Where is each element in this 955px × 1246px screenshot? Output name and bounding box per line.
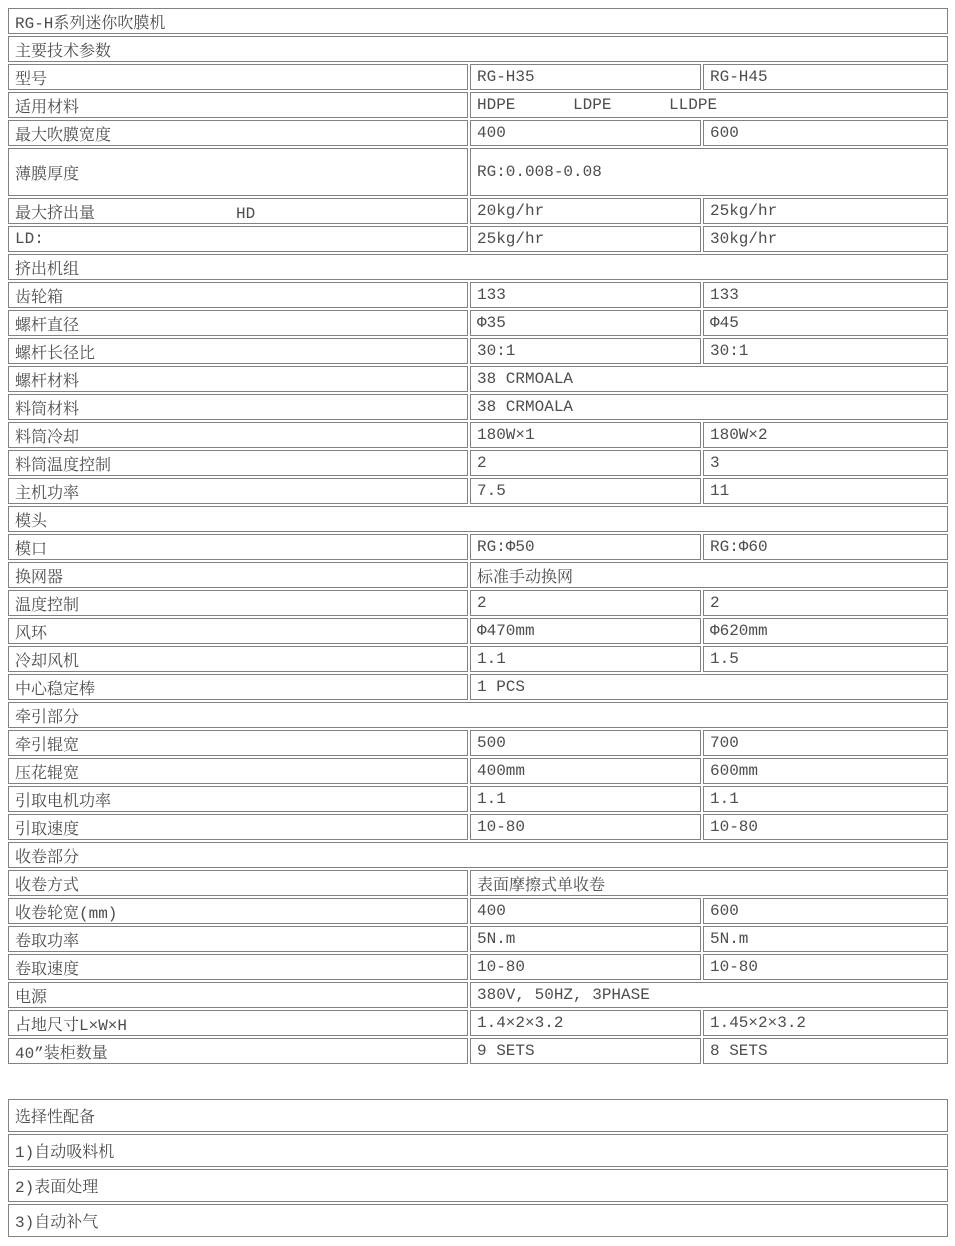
spec-row: 中心稳定棒1 PCS xyxy=(8,674,948,700)
option-row: 1)自动吸料机 xyxy=(8,1134,948,1167)
spec-value-cell: 8 SETS xyxy=(703,1038,948,1064)
spec-label-cell: 型号 xyxy=(8,64,468,90)
spec-value-cell: Φ620mm xyxy=(703,618,948,644)
spec-table-body: RG-H系列迷你吹膜机 主要技术参数 型号RG-H35RG-H45适用材料HDP… xyxy=(8,8,948,1064)
spec-label-cell: 占地尺寸L×W×H xyxy=(8,1010,468,1036)
spec-label-cell: 压花辊宽 xyxy=(8,758,468,784)
spec-value-cell: 600 xyxy=(703,898,948,924)
spec-row: 收卷方式表面摩擦式单收卷 xyxy=(8,870,948,896)
spec-value-cell: 400 xyxy=(470,120,701,146)
spec-label-cell: 中心稳定棒 xyxy=(8,674,468,700)
spec-label-cell: 料筒冷却 xyxy=(8,422,468,448)
spec-value-cell: 30:1 xyxy=(703,338,948,364)
spec-label-cell: 牵引辊宽 xyxy=(8,730,468,756)
spec-value-cell: 38 CRMOALA xyxy=(470,366,948,392)
spec-label-cell: 卷取功率 xyxy=(8,926,468,952)
spec-label-cell: 40”装柜数量 xyxy=(8,1038,468,1064)
spec-value-cell: 600mm xyxy=(703,758,948,784)
spec-value-cell: 2 xyxy=(470,590,701,616)
spec-value-cell: 1.5 xyxy=(703,646,948,672)
spec-row: 40”装柜数量9 SETS8 SETS xyxy=(8,1038,948,1064)
spec-label-cell: 换网器 xyxy=(8,562,468,588)
spec-row: 料筒冷却180W×1180W×2 xyxy=(8,422,948,448)
spec-row: 螺杆长径比30:130:1 xyxy=(8,338,948,364)
spec-value-cell: 表面摩擦式单收卷 xyxy=(470,870,948,896)
options-table: 选择性配备 1)自动吸料机2)表面处理3)自动补气 xyxy=(6,1097,950,1239)
spec-value-cell: 9 SETS xyxy=(470,1038,701,1064)
spec-value-cell: 1.4×2×3.2 xyxy=(470,1010,701,1036)
spec-label-cell: 引取电机功率 xyxy=(8,786,468,812)
spec-label-cell: 卷取速度 xyxy=(8,954,468,980)
spec-value-cell: RG:Φ50 xyxy=(470,534,701,560)
spec-label-cell: 螺杆材料 xyxy=(8,366,468,392)
spec-row: 压花辊宽400mm600mm xyxy=(8,758,948,784)
spec-value-cell: 1.1 xyxy=(470,646,701,672)
spec-value-cell: 600 xyxy=(703,120,948,146)
spec-row: 引取速度10-8010-80 xyxy=(8,814,948,840)
spec-row: 螺杆材料38 CRMOALA xyxy=(8,366,948,392)
spec-label-cell: 引取速度 xyxy=(8,814,468,840)
spec-row: 温度控制22 xyxy=(8,590,948,616)
spec-row: 齿轮箱133133 xyxy=(8,282,948,308)
spec-value-cell: RG:Φ60 xyxy=(703,534,948,560)
spec-title-row: RG-H系列迷你吹膜机 xyxy=(8,8,948,34)
table-subtitle: 主要技术参数 xyxy=(8,36,948,62)
spec-row: 最大吹膜宽度400600 xyxy=(8,120,948,146)
spec-label-cell: 料筒温度控制 xyxy=(8,450,468,476)
spec-value-cell: 25kg/hr xyxy=(470,226,701,252)
spec-value-cell: 1.1 xyxy=(470,786,701,812)
spec-label-cell: 最大挤出量HD xyxy=(8,198,468,224)
spec-value-cell: 30kg/hr xyxy=(703,226,948,252)
spec-label-cell: 主机功率 xyxy=(8,478,468,504)
spec-value-cell: 11 xyxy=(703,478,948,504)
section-header-cell: 收卷部分 xyxy=(8,842,948,868)
spec-label-cell: 收卷方式 xyxy=(8,870,468,896)
spec-value-cell: 180W×2 xyxy=(703,422,948,448)
spec-value-cell: RG:0.008-0.08 xyxy=(470,148,948,196)
spec-value-cell: 2 xyxy=(703,590,948,616)
spec-value-cell: Φ45 xyxy=(703,310,948,336)
spec-sublabel: HD xyxy=(236,205,255,223)
spec-label-cell: 适用材料 xyxy=(8,92,468,118)
spec-value-cell: 7.5 xyxy=(470,478,701,504)
spec-row: 卷取速度10-8010-80 xyxy=(8,954,948,980)
spec-label: 最大挤出量 xyxy=(15,200,236,223)
spec-value-cell: 10-80 xyxy=(470,814,701,840)
option-row: 3)自动补气 xyxy=(8,1204,948,1237)
spec-value-cell: 1 PCS xyxy=(470,674,948,700)
section-row: 收卷部分 xyxy=(8,842,948,868)
spec-table: RG-H系列迷你吹膜机 主要技术参数 型号RG-H35RG-H45适用材料HDP… xyxy=(6,6,950,1066)
spec-value-cell: 133 xyxy=(703,282,948,308)
section-header-cell: 牵引部分 xyxy=(8,702,948,728)
section-header-cell: 模头 xyxy=(8,506,948,532)
section-row: 挤出机组 xyxy=(8,254,948,280)
section-header-cell: 挤出机组 xyxy=(8,254,948,280)
spec-value-cell: Φ470mm xyxy=(470,618,701,644)
spec-row: 风环Φ470mmΦ620mm xyxy=(8,618,948,644)
section-row: 模头 xyxy=(8,506,948,532)
spec-subtitle-row: 主要技术参数 xyxy=(8,36,948,62)
spec-value-cell: 180W×1 xyxy=(470,422,701,448)
spec-value-cell: HDPE LDPE LLDPE xyxy=(470,92,948,118)
spec-value-cell: 10-80 xyxy=(703,954,948,980)
spec-value-cell: 500 xyxy=(470,730,701,756)
spec-value-cell: 20kg/hr xyxy=(470,198,701,224)
spec-label-cell: 螺杆直径 xyxy=(8,310,468,336)
spec-row: 冷却风机1.11.5 xyxy=(8,646,948,672)
spec-row: 主机功率7.511 xyxy=(8,478,948,504)
spec-value-cell: Φ35 xyxy=(470,310,701,336)
spec-value-cell: 380V, 50HZ, 3PHASE xyxy=(470,982,948,1008)
section-row: 牵引部分 xyxy=(8,702,948,728)
spec-row: 螺杆直径Φ35Φ45 xyxy=(8,310,948,336)
spec-value-cell: 10-80 xyxy=(470,954,701,980)
spec-label-cell: 收卷轮宽(mm) xyxy=(8,898,468,924)
spec-value-cell: RG-H35 xyxy=(470,64,701,90)
spec-value-cell: 1.1 xyxy=(703,786,948,812)
spec-row: LD:25kg/hr30kg/hr xyxy=(8,226,948,252)
spec-value-cell: 25kg/hr xyxy=(703,198,948,224)
spec-label-cell: LD: xyxy=(8,226,468,252)
spec-row: 料筒温度控制23 xyxy=(8,450,948,476)
spec-value-cell: 3 xyxy=(703,450,948,476)
options-title-row: 选择性配备 xyxy=(8,1099,948,1132)
spec-row: 牵引辊宽500700 xyxy=(8,730,948,756)
spec-label-cell: 电源 xyxy=(8,982,468,1008)
spec-row: 占地尺寸L×W×H1.4×2×3.21.45×2×3.2 xyxy=(8,1010,948,1036)
option-row: 2)表面处理 xyxy=(8,1169,948,1202)
spec-value-cell: 400 xyxy=(470,898,701,924)
spec-label-cell: 模口 xyxy=(8,534,468,560)
spec-label-cell: 温度控制 xyxy=(8,590,468,616)
spec-value-cell: 标准手动换网 xyxy=(470,562,948,588)
spec-value-cell: 133 xyxy=(470,282,701,308)
spec-label-cell: 螺杆长径比 xyxy=(8,338,468,364)
spec-label-cell: 料筒材料 xyxy=(8,394,468,420)
option-item-cell: 3)自动补气 xyxy=(8,1204,948,1237)
spec-value-cell: 30:1 xyxy=(470,338,701,364)
spec-row: 薄膜厚度RG:0.008-0.08 xyxy=(8,148,948,196)
spec-row: 最大挤出量HD20kg/hr25kg/hr xyxy=(8,198,948,224)
spec-row: 型号RG-H35RG-H45 xyxy=(8,64,948,90)
table-title: RG-H系列迷你吹膜机 xyxy=(8,8,948,34)
spec-value-cell: 1.45×2×3.2 xyxy=(703,1010,948,1036)
spec-label-cell: 齿轮箱 xyxy=(8,282,468,308)
spec-value-cell: 10-80 xyxy=(703,814,948,840)
options-table-body: 选择性配备 1)自动吸料机2)表面处理3)自动补气 xyxy=(8,1099,948,1237)
spec-value-cell: 5N.m xyxy=(470,926,701,952)
spec-row: 卷取功率5N.m5N.m xyxy=(8,926,948,952)
spec-row: 换网器标准手动换网 xyxy=(8,562,948,588)
options-title: 选择性配备 xyxy=(8,1099,948,1132)
spec-value-cell: 400mm xyxy=(470,758,701,784)
spec-label-cell: 风环 xyxy=(8,618,468,644)
option-item-cell: 2)表面处理 xyxy=(8,1169,948,1202)
spec-label-cell: 薄膜厚度 xyxy=(8,148,468,196)
spec-label-cell: 最大吹膜宽度 xyxy=(8,120,468,146)
spec-row: 引取电机功率1.11.1 xyxy=(8,786,948,812)
spec-row: 收卷轮宽(mm)400600 xyxy=(8,898,948,924)
spec-value-cell: 5N.m xyxy=(703,926,948,952)
spec-row: 模口RG:Φ50RG:Φ60 xyxy=(8,534,948,560)
spec-value-cell: RG-H45 xyxy=(703,64,948,90)
spec-row: 电源380V, 50HZ, 3PHASE xyxy=(8,982,948,1008)
option-item-cell: 1)自动吸料机 xyxy=(8,1134,948,1167)
spec-value-cell: 2 xyxy=(470,450,701,476)
spec-label-cell: 冷却风机 xyxy=(8,646,468,672)
spec-row: 料筒材料38 CRMOALA xyxy=(8,394,948,420)
spec-value-cell: 38 CRMOALA xyxy=(470,394,948,420)
spec-row: 适用材料HDPE LDPE LLDPE xyxy=(8,92,948,118)
spec-value-cell: 700 xyxy=(703,730,948,756)
